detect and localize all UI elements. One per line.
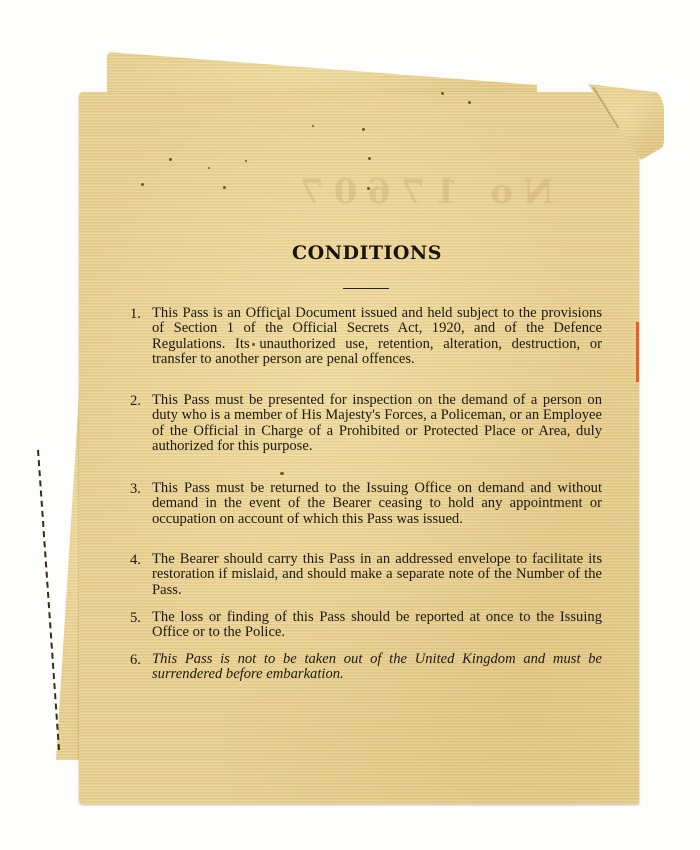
condition-item: 1. This Pass is an Official Document iss… — [130, 306, 602, 368]
condition-number: 4. — [130, 553, 150, 568]
condition-item: 3. This Pass must be returned to the Iss… — [130, 481, 602, 527]
condition-text: This Pass is not to be taken out of the … — [152, 652, 602, 683]
condition-number: 2. — [130, 394, 150, 409]
conditions-text-block: CONDITIONS 1. This Pass is an Official D… — [0, 0, 700, 850]
page-title: CONDITIONS — [0, 242, 700, 264]
condition-text: The Bearer should carry this Pass in an … — [152, 552, 602, 598]
condition-number: 1. — [130, 307, 150, 322]
document-scan: No 17607 CONDITIONS 1. This Pass is an O… — [0, 0, 700, 850]
condition-text: The loss or finding of this Pass should … — [152, 610, 602, 641]
condition-text: This Pass must be presented for inspecti… — [152, 393, 602, 455]
condition-item-warning: 6. This Pass is not to be taken out of t… — [130, 652, 602, 683]
condition-number: 3. — [130, 482, 150, 497]
condition-text: This Pass is an Official Document issued… — [152, 306, 602, 368]
condition-item: 2. This Pass must be presented for inspe… — [130, 393, 602, 455]
condition-number: 6. — [130, 653, 150, 668]
condition-text: This Pass must be returned to the Issuin… — [152, 481, 602, 527]
condition-number: 5. — [130, 611, 150, 626]
title-divider — [343, 288, 389, 289]
condition-item: 4. The Bearer should carry this Pass in … — [130, 552, 602, 598]
condition-item: 5. The loss or finding of this Pass shou… — [130, 610, 602, 641]
